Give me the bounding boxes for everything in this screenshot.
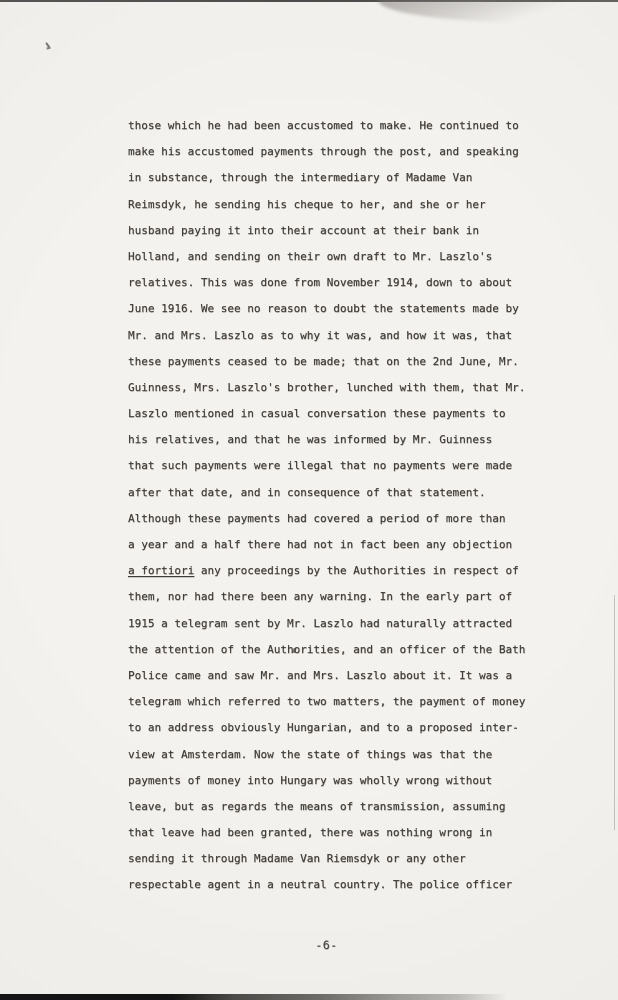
document-line: that leave had been granted, there was n…: [128, 820, 528, 846]
document-line: make his accustomed payments through the…: [128, 139, 528, 165]
document-line: those which he had been accustomed to ma…: [128, 113, 528, 139]
document-line: Holland, and sending on their own draft …: [128, 244, 528, 270]
document-line: a year and a half there had not in fact …: [128, 532, 528, 558]
document-line: husband paying it into their account at …: [128, 218, 528, 244]
document-line: Although these payments had covered a pe…: [128, 506, 528, 532]
document-line: telegram which referred to two matters, …: [128, 689, 528, 715]
document-line: in substance, through the intermediary o…: [128, 165, 528, 191]
document-line: the attention of the Authorities, and an…: [128, 637, 528, 663]
document-line: that such payments were illegal that no …: [128, 453, 528, 479]
scan-smudge-top-right: [378, 0, 618, 22]
document-line: his relatives, and that he was informed …: [128, 427, 528, 453]
document-line: Mr. and Mrs. Laszlo as to why it was, an…: [128, 323, 528, 349]
document-line: relatives. This was done from November 1…: [128, 270, 528, 296]
typewritten-text-block: those which he had been accustomed to ma…: [128, 113, 528, 899]
document-line: Reimsdyk, he sending his cheque to her, …: [128, 192, 528, 218]
scan-edge-bottom: [0, 994, 618, 1000]
document-line: Laszlo mentioned in casual conversation …: [128, 401, 528, 427]
scan-line-right-edge: [614, 595, 615, 830]
document-line: 1915 a telegram sent by Mr. Laszlo had n…: [128, 611, 528, 637]
document-line: after that date, and in consequence of t…: [128, 480, 528, 506]
pen-mark-artifact: [45, 42, 51, 49]
document-line: leave, but as regards the means of trans…: [128, 794, 528, 820]
document-line: respectable agent in a neutral country. …: [128, 872, 528, 898]
document-line: payments of money into Hungary was wholl…: [128, 768, 528, 794]
underlined-phrase: a fortiori: [128, 564, 194, 577]
document-line: Police came and saw Mr. and Mrs. Laszlo …: [128, 663, 528, 689]
document-line: view at Amsterdam. Now the state of thin…: [128, 742, 528, 768]
document-line: these payments ceased to be made; that o…: [128, 349, 528, 375]
page-number: -6-: [128, 938, 525, 952]
document-line: June 1916. We see no reason to doubt the…: [128, 296, 528, 322]
scanned-document-page: those which he had been accustomed to ma…: [0, 0, 618, 1000]
document-line: a fortiori any proceedings by the Author…: [128, 558, 528, 584]
document-line: Guinness, Mrs. Laszlo's brother, lunched…: [128, 375, 528, 401]
document-line: to an address obviously Hungarian, and t…: [128, 715, 528, 741]
document-line: them, nor had there been any warning. In…: [128, 584, 528, 610]
document-line: sending it through Madame Van Riemsdyk o…: [128, 846, 528, 872]
